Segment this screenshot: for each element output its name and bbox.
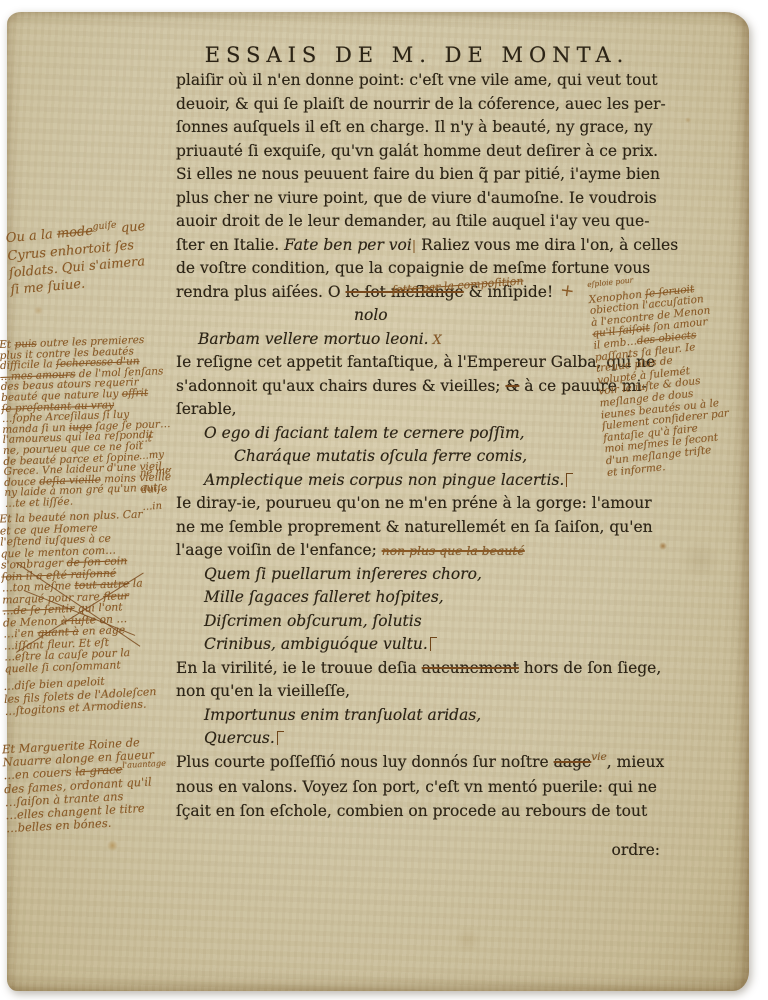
text-segment: ſçait en ſon eſchole, combien on procede… — [176, 802, 647, 820]
insertion-mark-icon — [566, 473, 573, 487]
text-segment: Raliez vous me dira l'on, à celles — [416, 236, 678, 254]
handwritten-line: quelle ſi conſommant — [4, 658, 148, 674]
text-segment: …in — [142, 501, 162, 513]
text-segment: Importunus enim tranſuolat aridas, — [204, 706, 481, 724]
text-segment: aage — [554, 753, 592, 771]
margin-note-xenophon: eſploie pourXenophon ſe ſeruoitobiection… — [587, 270, 734, 479]
text-segment: Ie reſigne cet appetit fantaſtique, à l'… — [176, 353, 655, 371]
text-segment: non qu'en la vieilleſſe, — [176, 682, 350, 700]
text-segment: ordre: — [612, 841, 660, 859]
text-segment: Fate ben per voi — [284, 236, 412, 254]
text-segment: Ie diray-ie, pourueu qu'on ne m'en préne… — [176, 494, 652, 512]
paper-stain — [455, 927, 481, 953]
printed-line: plus cher ne viure point, que de viure d… — [176, 187, 660, 211]
text-segment: offrit — [122, 387, 149, 400]
printed-line: plaiſir où il n'en donne point: c'eſt vn… — [176, 69, 660, 93]
printed-line: Ie diray-ie, pourueu qu'on ne m'en préne… — [176, 492, 660, 516]
text-segment: plaiſir où il n'en donne point: c'eſt vn… — [176, 71, 658, 89]
text-segment: Si elles ne nous peuuent faire du bien q… — [176, 165, 660, 183]
printed-line: non qu'en la vieilleſſe, — [176, 680, 660, 704]
printed-line: ſerable, — [176, 398, 660, 422]
printed-line: Diſcrimen obſcurum, ſolutis — [176, 610, 660, 634]
printed-line: En la virilité, ie le trouue deſia aucun… — [176, 657, 660, 681]
text-segment: l'aage voiſin de l'enfance; — [176, 541, 382, 559]
margin-note-cyrus: Ou a la modeguiſe queCyrus enhortoit ſes… — [5, 218, 150, 299]
text-segment: Crinibus, ambiguóque vultu. — [204, 635, 428, 653]
text-segment: …my — [138, 449, 164, 462]
text-segment: deuoir, & qui ſe plaiſt de nourrir de la… — [176, 95, 666, 113]
cross-mark: + — [559, 282, 575, 301]
printed-line: ſçait en ſon eſchole, combien on procede… — [176, 800, 660, 824]
handwritten-line: + — [559, 282, 575, 301]
margin-note-fragments: …t…myne meduiſe…in — [137, 429, 174, 516]
paper-stain — [654, 300, 659, 305]
text-segment: nous en valons. Voyez ſon port, c'eſt vn… — [176, 778, 657, 796]
handwritten-line: …in — [142, 497, 174, 516]
text-segment: duiſe — [141, 483, 167, 496]
text-segment: ne me — [140, 466, 172, 479]
printed-line: Mille ſagaces falleret hoſpites, — [176, 586, 660, 610]
running-header: ESSAIS DE M. DE MONTA. — [176, 43, 658, 67]
book-scan: ESSAIS DE M. DE MONTA. plaiſir où il n'e… — [0, 0, 768, 1000]
printed-line: priuauté ſi exquiſe, qu'vn galát homme d… — [176, 140, 660, 164]
printed-line: de voſtre condition, que la copaignie de… — [176, 257, 660, 281]
text-segment: l'auantage — [122, 758, 166, 770]
text-segment: priuauté ſi exquiſe, qu'vn galát homme d… — [176, 142, 658, 160]
text-segment: auoir droit de le leur demander, au ſtil… — [176, 212, 649, 230]
paper-stain — [659, 542, 667, 550]
text-segment: Plus courte poſſeſſió nous luy donnós ſu… — [176, 753, 554, 771]
text-segment: ne me ſemble proprement & naturellemét e… — [176, 518, 653, 536]
printed-line: Amplectique meis corpus non pingue lacer… — [176, 469, 660, 493]
text-segment: Mille ſagaces falleret hoſpites, — [204, 588, 444, 606]
text-segment: rendra plus aiſées. O — [176, 283, 346, 301]
text-segment: ſter en Italie. — [176, 236, 284, 254]
printed-line: auoir droit de le leur demander, au ſtil… — [176, 210, 660, 234]
margin-note-homere: Et la beauté non plus. Caret ce que Home… — [0, 509, 148, 675]
printed-line: Quercus. — [176, 727, 660, 751]
text-segment: non plus que la beauté — [382, 543, 525, 558]
printed-line: ſonnes auſquels il eſt en charge. Il n'y… — [176, 116, 660, 140]
printed-line: l'aage voiſin de l'enfance; non plus que… — [176, 539, 660, 563]
paper-stain — [685, 117, 691, 123]
printed-line: Si elles ne nous peuuent faire du bien q… — [176, 163, 660, 187]
text-segment: guiſe — [92, 219, 117, 232]
text-segment: X — [429, 332, 442, 347]
insertion-mark-icon — [430, 637, 437, 651]
margin-note-adolescence: …diſe bien apeloitles fils folets de l'A… — [3, 673, 157, 718]
printed-line: deuoir, & qui ſe plaiſt de nourrir de la… — [176, 93, 660, 117]
printed-line: ſter en Italie. Fate ben per voi| Raliez… — [176, 234, 660, 258]
text-segment: Quem ſi puellarum inſereres choro, — [204, 565, 482, 583]
paper-stain — [107, 840, 118, 851]
text-segment: quelle ſi conſommant — [4, 658, 120, 675]
text-segment: + — [559, 280, 576, 302]
book-page: ESSAIS DE M. DE MONTA. plaiſir où il n'e… — [7, 12, 749, 991]
printed-line: ordre: — [176, 839, 660, 863]
text-segment: vie — [591, 751, 607, 763]
printed-line: Quem ſi puellarum inſereres choro, — [176, 563, 660, 587]
handwritten-line: ne me — [139, 463, 171, 482]
text-segment: , mieux — [607, 753, 664, 771]
text-segment: hors de ſon ſiege, — [519, 659, 661, 677]
text-segment: Barbam vellere mortuo leoni. — [198, 330, 429, 348]
printed-text-block: plaiſir où il n'en donne point: c'eſt vn… — [176, 69, 660, 863]
printed-line: Plus courte poſſeſſió nous luy donnós ſu… — [176, 751, 660, 777]
text-segment: Diſcrimen obſcurum, ſolutis — [204, 612, 422, 630]
text-segment: s'adonnoit qu'aux chairs dures & vieille… — [176, 377, 505, 395]
text-segment: …t — [137, 433, 152, 445]
text-segment: Quercus. — [204, 729, 275, 747]
text-segment: Amplectique meis corpus non pingue lacer… — [204, 471, 564, 489]
text-segment: aucunement — [422, 659, 519, 677]
printed-line: Crinibus, ambiguóque vultu. — [176, 633, 660, 657]
printed-line: ne me ſemble proprement & naturellemét e… — [176, 516, 660, 540]
text-segment: ſonnes auſquels il eſt en charge. Il n'y… — [176, 118, 653, 136]
text-segment: nolo — [354, 306, 388, 324]
printed-line: O ego di faciant talem te cernere poſſim… — [176, 422, 660, 446]
paper-stain — [680, 540, 720, 580]
printed-line: Importunus enim tranſuolat aridas, — [176, 704, 660, 728]
margin-note-marguerite: Et Marguerite Roine deNauarre alonge en … — [2, 735, 170, 835]
text-segment: Charáque mutatis oſcula ferre comis, — [234, 447, 527, 465]
printed-line: s'adonnoit qu'aux chairs dures & vieille… — [176, 375, 660, 399]
printed-line: Ie reſigne cet appetit fantaſtique, à l'… — [176, 351, 660, 375]
text-segment: de voſtre condition, que la copaignie de… — [176, 259, 650, 277]
text-segment: …te et liſſée. — [5, 495, 74, 509]
text-segment: que — [116, 219, 146, 236]
printed-line: nous en valons. Voyez ſon port, c'eſt vn… — [176, 776, 660, 800]
text-segment: Ou a la — [5, 227, 57, 246]
printed-line: nolo — [176, 304, 660, 328]
paper-stain — [34, 306, 43, 315]
text-segment: ſerable, — [176, 400, 237, 418]
text-segment: O ego di faciant talem te cernere poſſim… — [204, 424, 525, 442]
printed-line: Barbam vellere mortuo leoni. X — [176, 328, 660, 352]
text-segment: & — [505, 377, 519, 395]
text-segment: En la virilité, ie le trouue deſia — [176, 659, 422, 677]
text-segment: plus cher ne viure point, que de viure d… — [176, 189, 657, 207]
printed-line: Charáque mutatis oſcula ferre comis, — [176, 445, 660, 469]
insertion-mark-icon — [277, 731, 284, 745]
text-segment: mode — [56, 224, 93, 242]
